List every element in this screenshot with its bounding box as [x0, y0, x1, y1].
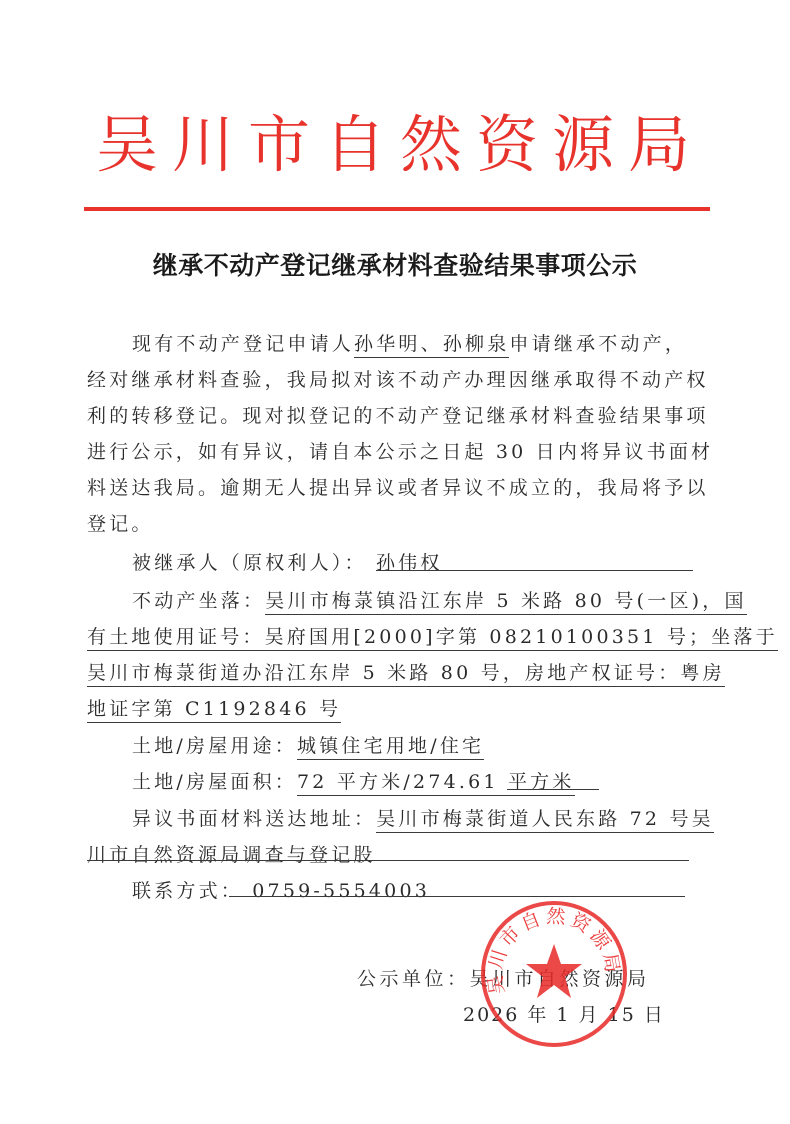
intro-line-6: 登记。: [87, 506, 154, 542]
signature-date: 2026 年 1 月 15 日: [463, 1000, 665, 1027]
area-row: 土地/房屋面积：72 平方米/274.61 平方米: [132, 764, 575, 800]
location-label: 不动产坐落：: [132, 590, 265, 612]
location-row-1: 不动产坐落：吴川市梅菉镇沿江东岸 5 米路 80 号(一区)，国: [132, 583, 747, 619]
notice-title: 继承不动产登记继承材料查验结果事项公示: [0, 246, 790, 282]
contact-label: 联系方式：: [132, 880, 243, 902]
signature-unit: 公示单位：吴川市自然资源局: [357, 964, 650, 991]
use-label: 土地/房屋用途：: [132, 735, 297, 757]
location-row-2: 有土地使用证号：吴府国用[2000]字第 08210100351 号；坐落于: [87, 619, 778, 655]
intro-line-5: 料送达我局。逾期无人提出异议或者异议不成立的，我局将予以: [87, 470, 709, 506]
decedent-underline: [376, 570, 693, 571]
use-row: 土地/房屋用途：城镇住宅用地/住宅: [132, 728, 484, 764]
intro-line-1: 现有不动产登记申请人 孙华明、孙柳泉 申请继承不动产，: [132, 326, 687, 362]
signature-unit-label: 公示单位：: [357, 968, 470, 990]
address-underline: [87, 860, 689, 861]
address-row-1: 异议书面材料送达地址：吴川市梅菉街道人民东路 72 号吴: [132, 801, 714, 837]
header-red-divider: [84, 207, 710, 211]
decedent-label: 被继承人（原权利人）：: [132, 552, 367, 574]
contact-value: 0759-5554003: [243, 880, 430, 902]
decedent-row: 被继承人（原权利人）： 孙伟权: [132, 545, 443, 581]
intro-line-4: 进行公示，如有异议，请自本公示之日起 30 日内将异议书面材: [87, 434, 713, 470]
applicants-value: 孙华明、孙柳泉: [354, 332, 509, 358]
location-value-line-4: 地证字第 C1192846 号: [87, 697, 341, 723]
address-row-2: 川市自然资源局调查与登记股: [87, 837, 376, 873]
location-row-4: 地证字第 C1192846 号: [87, 691, 341, 727]
area-label: 土地/房屋面积：: [132, 771, 297, 793]
contact-row: 联系方式： 0759-5554003: [132, 873, 430, 909]
org-header-title: 吴川市自然资源局: [0, 110, 790, 180]
area-value: 72 平方米/274.61 平方米: [297, 770, 575, 796]
location-value-line-2: 有土地使用证号：吴府国用[2000]字第 08210100351 号；坐落于: [87, 625, 778, 651]
address-value-line-2: 川市自然资源局调查与登记股: [87, 844, 376, 866]
area-underline: [507, 789, 599, 790]
contact-underline: [229, 896, 685, 897]
address-label: 异议书面材料送达地址：: [132, 808, 376, 830]
location-value-line-3: 吴川市梅菉街道办沿江东岸 5 米路 80 号，房地产权证号：粤房: [87, 661, 725, 687]
intro-prefix: 现有不动产登记申请人: [132, 333, 354, 355]
intro-suffix: 申请继承不动产，: [509, 333, 687, 355]
address-value-line-1: 吴川市梅菉街道人民东路 72 号吴: [376, 807, 714, 833]
use-value: 城镇住宅用地/住宅: [297, 734, 484, 760]
location-value-line-1: 吴川市梅菉镇沿江东岸 5 米路 80 号(一区)，国: [265, 589, 746, 615]
signature-unit-name: 吴川市自然资源局: [470, 968, 650, 990]
intro-line-3: 利的转移登记。现对拟登记的不动产登记继承材料查验结果事项: [87, 398, 709, 434]
intro-line-2: 经对继承材料查验，我局拟对该不动产办理因继承取得不动产权: [87, 362, 709, 398]
location-row-3: 吴川市梅菉街道办沿江东岸 5 米路 80 号，房地产权证号：粤房: [87, 655, 725, 691]
